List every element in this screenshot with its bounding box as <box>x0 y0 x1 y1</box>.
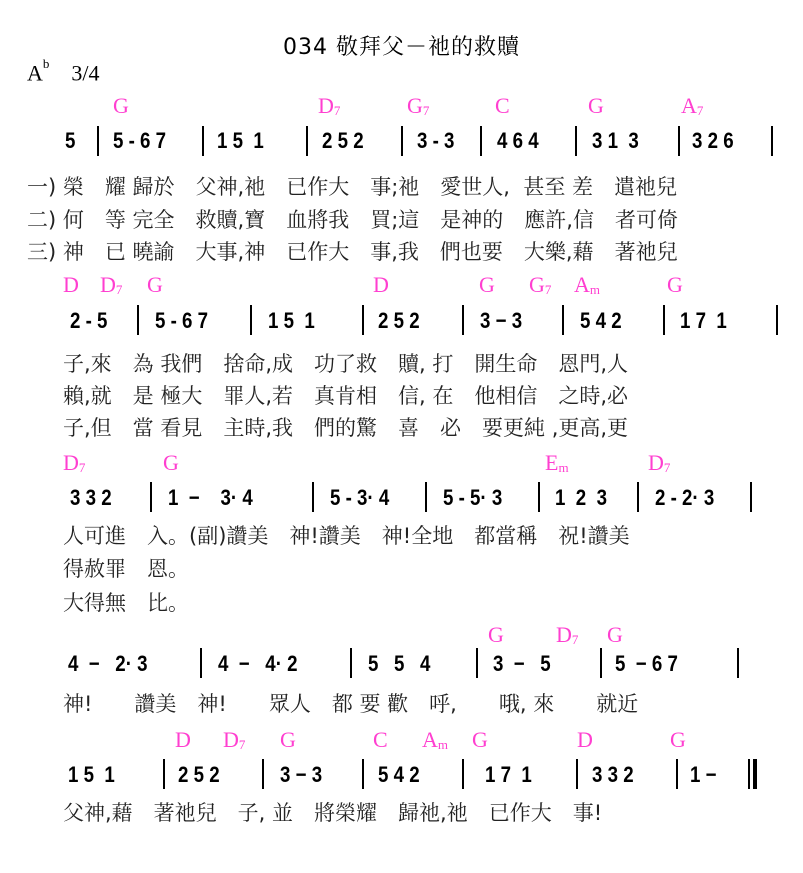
barline <box>262 759 264 789</box>
measure-notes: 4 − 2· 3 <box>68 651 148 677</box>
chord-quality: 7 <box>116 282 123 297</box>
barline <box>562 305 564 335</box>
measure-notes: 5 - 5· 3 <box>443 485 502 511</box>
barline <box>97 126 99 156</box>
chord-quality: 7 <box>423 103 430 118</box>
chord-symbol: G7 <box>529 272 551 298</box>
barline <box>737 648 739 678</box>
chord-root: G <box>588 93 604 118</box>
barline <box>678 126 680 156</box>
chord-root: D <box>556 622 572 647</box>
chord-quality: 7 <box>239 737 246 752</box>
chord-root: D <box>373 272 389 297</box>
chord-symbol: G <box>113 93 129 119</box>
chord-root: G <box>163 450 179 475</box>
measure-notes: 5 4 2 <box>580 308 622 334</box>
barline <box>401 126 403 156</box>
chord-symbol: G7 <box>407 93 429 119</box>
chord-symbol: Am <box>422 727 448 753</box>
barline <box>480 126 482 156</box>
measure-notes: 5 - 6 7 <box>113 128 166 154</box>
chord-root: G <box>529 272 545 297</box>
lyric-line: 父神,藉 著祂兒 子, 並 將榮耀 歸祂,祂 已作大 事! <box>63 797 602 827</box>
measure-notes: 3 1 3 <box>592 128 639 154</box>
barline <box>575 126 577 156</box>
chord-root: D <box>63 272 79 297</box>
barline <box>637 482 639 512</box>
measure-notes: 1 5 1 <box>68 762 115 788</box>
chord-symbol: G <box>670 727 686 753</box>
key-signature: Ab 3/4 <box>27 60 100 86</box>
barline <box>600 648 602 678</box>
chord-symbol: D7 <box>63 450 85 476</box>
chord-quality: 7 <box>664 460 671 475</box>
chord-symbol: Am <box>574 272 600 298</box>
measure-notes: 1 5 1 <box>268 308 315 334</box>
barline <box>676 759 678 789</box>
barline <box>776 305 778 335</box>
key-note: A <box>27 60 43 85</box>
chord-symbol: G <box>280 727 296 753</box>
chord-symbol: D <box>373 272 389 298</box>
measure-notes: 2 - 5 <box>70 308 107 334</box>
measure-notes: 1 5 1 <box>217 128 264 154</box>
chord-symbol: D7 <box>556 622 578 648</box>
lyric-line: 人可進 入。(副)讚美 神!讚美 神!全地 都當稱 祝!讚美 <box>63 520 630 550</box>
chord-symbol: D <box>175 727 191 753</box>
barline <box>462 305 464 335</box>
chord-root: G <box>607 622 623 647</box>
chord-symbol: C <box>373 727 388 753</box>
chord-root: G <box>488 622 504 647</box>
measure-notes: 3 2 6 <box>692 128 734 154</box>
barline <box>137 305 139 335</box>
barline <box>750 482 752 512</box>
chord-quality: 7 <box>572 632 579 647</box>
chord-root: G <box>407 93 423 118</box>
chord-quality: 7 <box>334 103 341 118</box>
barline <box>202 126 204 156</box>
measure-notes: 4 − 4· 2 <box>218 651 298 677</box>
chord-quality: 7 <box>697 103 704 118</box>
measure-notes: 2 - 2· 3 <box>655 485 714 511</box>
barline <box>462 759 464 789</box>
measure-notes: 5 <box>65 128 75 154</box>
chord-root: E <box>545 450 558 475</box>
barline <box>362 305 364 335</box>
chord-root: D <box>175 727 191 752</box>
chord-symbol: G <box>479 272 495 298</box>
hymn-title: 034 敬拜父－祂的救贖 <box>0 30 803 61</box>
chord-root: D <box>318 93 334 118</box>
measure-notes: 1 7 1 <box>485 762 532 788</box>
chord-symbol: C <box>495 93 510 119</box>
barline <box>250 305 252 335</box>
chord-root: D <box>100 272 116 297</box>
measure-notes: 3 − 3 <box>480 308 522 334</box>
chord-root: G <box>670 727 686 752</box>
chord-quality: m <box>558 460 568 475</box>
measure-notes: 5 − 6 7 <box>615 651 678 677</box>
chord-root: C <box>495 93 510 118</box>
measure-notes: 3 3 2 <box>592 762 634 788</box>
barline <box>200 648 202 678</box>
measure-notes: 2 5 2 <box>178 762 220 788</box>
time-signature: 3/4 <box>71 60 99 85</box>
measure-notes: 3 - 3 <box>417 128 454 154</box>
barline <box>425 482 427 512</box>
lyric-line: 二) 何 等 完全 救贖,寶 血將我 買;這 是神的 應許,信 者可倚 <box>27 204 678 234</box>
chord-root: A <box>681 93 697 118</box>
measure-notes: 5 4 2 <box>378 762 420 788</box>
chord-symbol: G <box>147 272 163 298</box>
chord-root: G <box>472 727 488 752</box>
barline <box>576 759 578 789</box>
chord-quality: m <box>438 737 448 752</box>
measure-notes: 1 − 3· 4 <box>168 485 253 511</box>
final-barline-thin <box>748 759 750 789</box>
chord-root: D <box>63 450 79 475</box>
barline <box>306 126 308 156</box>
chord-symbol: D <box>577 727 593 753</box>
chord-symbol: D7 <box>223 727 245 753</box>
chord-symbol: D7 <box>318 93 340 119</box>
lyric-line: 子,但 當 看見 主時,我 們的驚 喜 必 要更純 ,更高,更 <box>63 412 628 442</box>
lyric-line: 神! 讚美 神! 眾人 都 要 歡 呼, 哦, 來 就近 <box>63 688 638 718</box>
chord-root: D <box>223 727 239 752</box>
lyric-line: 一) 榮 耀 歸於 父神,祂 已作大 事;祂 愛世人, 甚至 差 遣祂兒 <box>27 171 677 201</box>
chord-symbol: G <box>163 450 179 476</box>
chord-symbol: G <box>488 622 504 648</box>
barline <box>312 482 314 512</box>
chord-symbol: G <box>588 93 604 119</box>
chord-symbol: D7 <box>100 272 122 298</box>
barline <box>362 759 364 789</box>
chord-quality: m <box>590 282 600 297</box>
barline <box>163 759 165 789</box>
barline <box>350 648 352 678</box>
measure-notes: 1 7 1 <box>680 308 727 334</box>
barline <box>663 305 665 335</box>
measure-notes: 3 − 5 <box>493 651 551 677</box>
chord-symbol: D7 <box>648 450 670 476</box>
chord-symbol: G <box>607 622 623 648</box>
chord-symbol: D <box>63 272 79 298</box>
chord-root: D <box>648 450 664 475</box>
measure-notes: 2 5 2 <box>322 128 364 154</box>
lyric-line: 賴,就 是 極大 罪人,若 真肯相 信, 在 他相信 之時,必 <box>63 380 628 410</box>
measure-notes: 3 3 2 <box>70 485 112 511</box>
barline <box>476 648 478 678</box>
chord-symbol: Em <box>545 450 569 476</box>
final-barline-thick <box>753 759 757 789</box>
measure-notes: 1 − <box>690 762 717 788</box>
measure-notes: 3 − 3 <box>280 762 322 788</box>
chord-root: G <box>147 272 163 297</box>
measure-notes: 5 5 4 <box>368 651 430 677</box>
chord-root: A <box>422 727 438 752</box>
barline <box>538 482 540 512</box>
chord-root: D <box>577 727 593 752</box>
chord-root: G <box>667 272 683 297</box>
lyric-line: 大得無 比。 <box>63 587 189 617</box>
measure-notes: 5 - 6 7 <box>155 308 208 334</box>
measure-notes: 1 2 3 <box>555 485 607 511</box>
chord-quality: 7 <box>545 282 552 297</box>
lyric-line: 子,來 為 我們 捨命,成 功了救 贖, 打 開生命 恩門,人 <box>63 348 628 378</box>
chord-symbol: A7 <box>681 93 703 119</box>
lyric-line: 三) 神 已 曉諭 大事,神 已作大 事,我 們也要 大樂,藉 著祂兒 <box>27 236 678 266</box>
chord-symbol: G <box>667 272 683 298</box>
measure-notes: 4 6 4 <box>497 128 539 154</box>
chord-root: G <box>479 272 495 297</box>
key-accidental: b <box>43 56 50 71</box>
chord-root: C <box>373 727 388 752</box>
measure-notes: 2 5 2 <box>378 308 420 334</box>
chord-symbol: G <box>472 727 488 753</box>
chord-root: G <box>113 93 129 118</box>
barline <box>150 482 152 512</box>
lyric-line: 得赦罪 恩。 <box>63 553 189 583</box>
chord-quality: 7 <box>79 460 86 475</box>
chord-root: A <box>574 272 590 297</box>
measure-notes: 5 - 3· 4 <box>330 485 389 511</box>
chord-root: G <box>280 727 296 752</box>
barline <box>771 126 773 156</box>
